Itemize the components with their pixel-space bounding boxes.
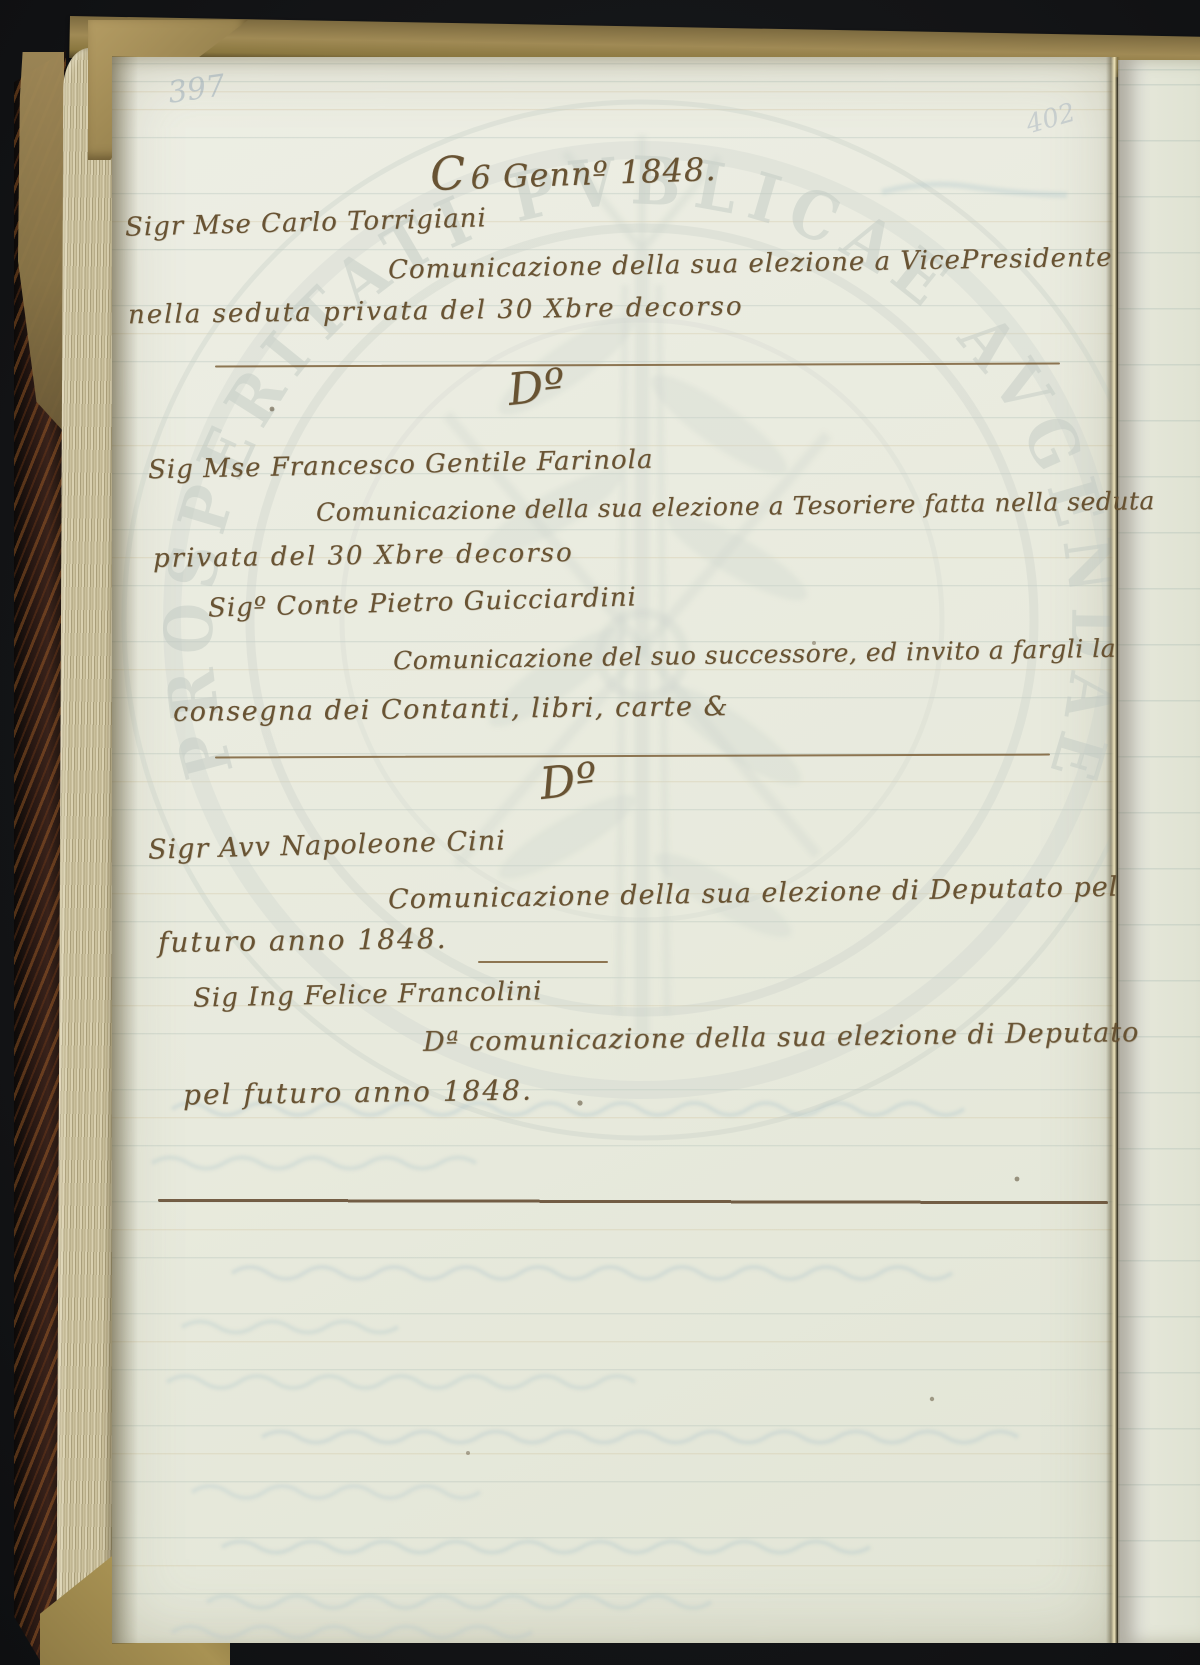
heading-paraph: C — [429, 146, 467, 201]
entry-4-line-2: futuro anno 1848. — [158, 922, 448, 959]
adjacent-page-edge — [1118, 60, 1200, 1643]
entry-4-short-underline — [478, 961, 608, 963]
date-heading: C6 Gennº 1848. — [429, 137, 717, 201]
ditto-mark-1: Dº — [505, 359, 568, 416]
heading-date: 6 Gennº 1848. — [470, 150, 717, 197]
page-fold-crease — [1106, 57, 1120, 1643]
entry-3-line-2: consegna dei Contanti, libri, carte & — [173, 691, 729, 728]
entry-2-line-2: privata del 30 Xbre decorso — [153, 538, 574, 574]
entry-5-line-2: pel futuro anno 1848. — [183, 1074, 533, 1112]
ditto-mark-2: Dº — [537, 753, 600, 810]
manuscript-scan: PROSPERITATI PVBLICAE AVGENDAE — [0, 0, 1200, 1665]
